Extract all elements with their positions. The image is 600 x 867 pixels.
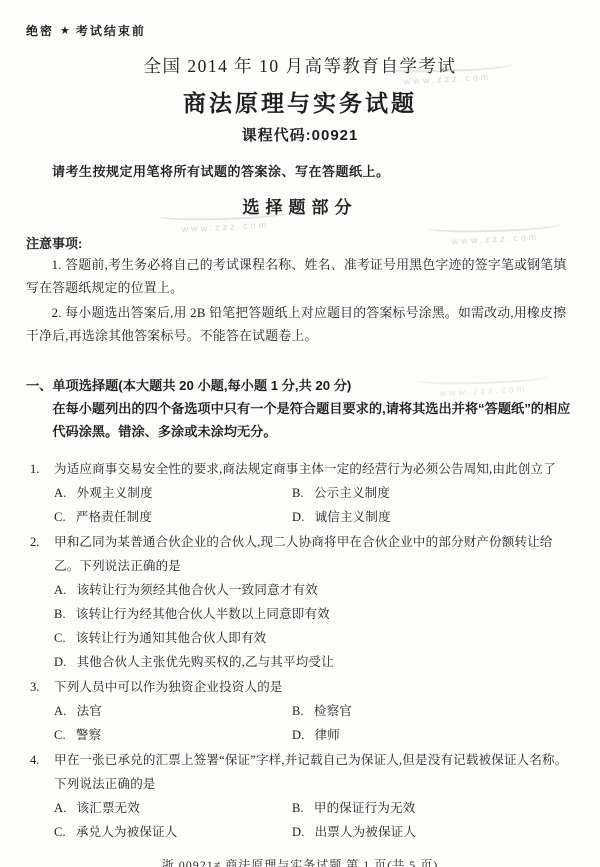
security-classification-line: 绝密 ★ 考试结束前 [26,22,574,39]
part-instruction: 在每小题列出的四个备选项中只有一个是符合题目要求的,请将其选出并将“答题纸”的相… [52,401,570,439]
option-label: C. [54,510,66,524]
option-label: A. [54,583,67,597]
question-stem: 甲和乙同为某普通合伙企业的合伙人,现二人协商将甲在合伙企业中的部分财产份额转让给… [54,530,574,578]
question-2: 2. 甲和乙同为某普通合伙企业的合伙人,现二人协商将甲在合伙企业中的部分财产份额… [26,530,574,674]
option-a: A.该汇票无效 [54,796,292,820]
classification-note: 考试结束前 [76,22,146,39]
option-c: C.严格责任制度 [54,505,292,529]
option-a: A.该转让行为须经其他合伙人一致同意才有效 [54,578,574,602]
question-stem: 甲在一张已承兑的汇票上签署“保证”字样,并记载自己为保证人,但是没有记载被保证人… [54,748,574,796]
option-text: 其他合伙人主张优先购买权的,乙与其平均受让 [77,655,334,669]
question-list: 1. 为适应商事交易安全性的要求,商法规定商事主体一定的经营行为必须公告周知,由… [26,457,574,844]
option-text: 诚信主义制度 [315,510,391,524]
notes-title: 注意事项: [26,233,574,252]
option-grid: A.外观主义制度 B.公示主义制度 C.严格责任制度 D.诚信主义制度 [54,481,574,529]
option-label: C. [54,825,66,839]
option-label: D. [292,728,305,742]
option-text: 该汇票无效 [77,801,141,815]
option-label: C. [54,631,66,645]
part-number: 一、 [26,374,52,443]
option-c: C.该转让行为通知其他合伙人即有效 [54,626,574,650]
course-code: 课程代码:00921 [26,124,574,145]
option-text: 该转让行为通知其他合伙人即有效 [76,631,267,645]
option-d: D.诚信主义制度 [292,505,574,529]
option-label: B. [292,704,304,718]
exam-session-title: 全国 2014 年 10 月高等教育自学考试 [26,53,574,78]
option-d: D.出票人为被保证人 [292,820,574,844]
option-grid: A.该汇票无效 B.甲的保证行为无效 C.承兑人为被保证人 D.出票人为被保证人 [54,796,574,844]
answer-sheet-instruction: 请考生按规定用笔将所有试题的答案涂、写在答题纸上。 [26,161,574,180]
part-one-header: 一、 单项选择题(本大题共 20 小题,每小题 1 分,共 20 分) 在每小题… [26,374,574,443]
option-label: A. [54,486,67,500]
question-number: 3. [26,675,54,747]
option-label: B. [292,486,304,500]
option-text: 公示主义制度 [314,486,390,500]
option-list: A.该转让行为须经其他合伙人一致同意才有效 B.该转让行为经其他合伙人半数以上同… [54,578,574,674]
option-b: B.公示主义制度 [292,481,574,505]
option-label: C. [54,728,66,742]
option-grid: A.法官 B.检察官 C.警察 D.律师 [54,699,574,747]
option-text: 严格责任制度 [76,510,152,524]
part-heading: 单项选择题(本大题共 20 小题,每小题 1 分,共 20 分) [52,378,351,393]
option-text: 甲的保证行为无效 [314,801,416,815]
option-text: 检察官 [314,704,352,718]
page-footer: 浙 00921≠ 商法原理与实务试题 第 1 页(共 5 页) [26,856,574,867]
option-c: C.承兑人为被保证人 [54,820,292,844]
option-label: A. [54,704,67,718]
scribble-mark [428,219,562,233]
star-icon: ★ [60,24,70,37]
option-text: 外观主义制度 [77,486,153,500]
option-c: C.警察 [54,723,292,747]
option-text: 承兑人为被保证人 [76,825,178,839]
question-body: 为适应商事交易安全性的要求,商法规定商事主体一定的经营行为必须公告周知,由此创立… [54,457,574,529]
question-1: 1. 为适应商事交易安全性的要求,商法规定商事主体一定的经营行为必须公告周知,由… [26,457,574,529]
classification-label: 绝密 [26,22,54,39]
option-label: A. [54,801,67,815]
question-4: 4. 甲在一张已承兑的汇票上签署“保证”字样,并记载自己为保证人,但是没有记载被… [26,748,574,844]
option-a: A.外观主义制度 [54,481,292,505]
part-heading-block: 单项选择题(本大题共 20 小题,每小题 1 分,共 20 分) 在每小题列出的… [52,374,574,443]
option-label: D. [54,655,67,669]
option-d: D.其他合伙人主张优先购买权的,乙与其平均受让 [54,650,574,674]
question-number: 2. [26,530,54,674]
exam-paper-page: www.zzz.com www.zzz.com www.zzz.com www.… [0,0,600,867]
option-b: B.检察官 [292,699,574,723]
question-stem: 为适应商事交易安全性的要求,商法规定商事主体一定的经营行为必须公告周知,由此创立… [54,457,574,481]
option-text: 律师 [315,728,340,742]
paper-title: 商法原理与实务试题 [26,85,574,118]
question-body: 甲在一张已承兑的汇票上签署“保证”字样,并记载自己为保证人,但是没有记载被保证人… [54,748,574,844]
option-label: B. [292,801,304,815]
option-label: B. [54,607,66,621]
note-item-2: 2. 每小题选出答案后,用 2B 铅笔把答题纸上对应题目的答案标号涂黑。如需改动… [26,302,574,348]
option-d: D.律师 [292,723,574,747]
option-label: D. [292,510,305,524]
section-title: 选择题部分 [26,193,574,218]
option-text: 该转让行为经其他合伙人半数以上同意即有效 [76,607,330,621]
question-body: 下列人员中可以作为独资企业投资人的是 A.法官 B.检察官 C.警察 D.律师 [54,675,574,747]
question-3: 3. 下列人员中可以作为独资企业投资人的是 A.法官 B.检察官 C.警察 D.… [26,675,574,747]
note-item-1: 1. 答题前,考生务必将自己的考试课程名称、姓名、准考证号用黑色字迹的签字笔或钢… [26,254,574,300]
question-number: 4. [26,748,54,844]
option-text: 该转让行为须经其他合伙人一致同意才有效 [77,583,318,597]
option-b: B.该转让行为经其他合伙人半数以上同意即有效 [54,602,574,626]
option-text: 警察 [76,728,101,742]
question-stem: 下列人员中可以作为独资企业投资人的是 [54,675,574,699]
option-a: A.法官 [54,699,292,723]
option-label: D. [292,825,305,839]
option-b: B.甲的保证行为无效 [292,796,574,820]
question-number: 1. [26,457,54,529]
option-text: 法官 [77,704,102,718]
option-text: 出票人为被保证人 [315,825,417,839]
question-body: 甲和乙同为某普通合伙企业的合伙人,现二人协商将甲在合伙企业中的部分财产份额转让给… [54,530,574,674]
